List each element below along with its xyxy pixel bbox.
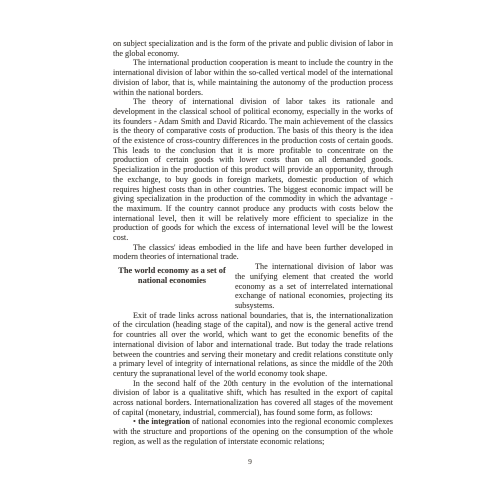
bullet-bold-lead: the integration bbox=[138, 417, 190, 426]
paragraph-exit-of-trade-links: Exit of trade links across national boun… bbox=[113, 311, 393, 379]
text-block: on subject specialization and is the for… bbox=[113, 39, 393, 447]
paragraph-unifying-element: The international division of labor was … bbox=[235, 262, 393, 311]
section-side-heading: The world economy as a set of national e… bbox=[113, 262, 235, 311]
document-page: on subject specialization and is the for… bbox=[0, 0, 500, 500]
paragraph-theory-of-idl: The theory of international division of … bbox=[113, 97, 393, 243]
page-number: 9 bbox=[0, 457, 500, 466]
paragraph-production-cooperation: The international production cooperation… bbox=[113, 58, 393, 97]
paragraph-continuation: on subject specialization and is the for… bbox=[113, 39, 393, 58]
world-economy-section: The world economy as a set of national e… bbox=[113, 262, 393, 311]
paragraph-classics-ideas: The classics' ideas embodied in the life… bbox=[113, 243, 393, 262]
paragraph-second-half-20th-century: In the second half of the 20th century i… bbox=[113, 379, 393, 418]
bullet-item-integration: • the integration of national economies … bbox=[113, 417, 393, 446]
